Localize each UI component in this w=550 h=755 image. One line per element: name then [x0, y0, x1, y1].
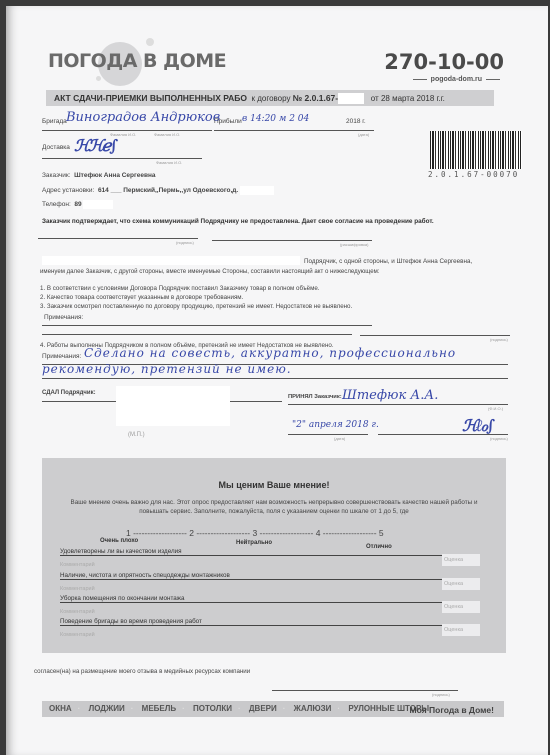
signature-caption: (подпись) [432, 692, 450, 697]
footer-slogan: Моя Погода в Доме! [410, 702, 494, 718]
score-field[interactable]: Оценка [442, 601, 480, 613]
decode-caption: (расшифровка) [340, 242, 368, 247]
address-value: 614 ___ Пермский,,Пермь,,ул Одоевского,д… [98, 187, 238, 194]
brigade-signature: Виноградов Андрюков [66, 110, 220, 125]
comment-field[interactable]: Комментарий [60, 586, 95, 592]
customer-accepted-label: ПРИНЯЛ Заказчик: [288, 394, 342, 400]
address-label: Адрес установки: [42, 187, 94, 194]
media-consent-text: согласен(на) на размещение моего отзыва … [34, 668, 250, 675]
footer-bar: ОКНА· ЛОДЖИИ· МЕБЕЛЬ· ПОТОЛКИ· ДВЕРИ· ЖА… [42, 701, 504, 717]
fio-caption: (Ф.И.О.) [488, 406, 503, 411]
clause-item: 3. Заказчик осмотрел поставленную по дог… [40, 302, 352, 311]
signature-caption: (подпись) [490, 436, 508, 441]
contractor-label: СДАЛ Подрядчик: [42, 390, 96, 396]
clause-item: 2. Качество товара соответствует указанн… [40, 293, 352, 302]
barcode-number: 2.0.1.67-00070 [428, 170, 519, 179]
signature-caption: (подпись) [490, 337, 508, 342]
acceptance-date: "2" апреля 2018 г. [292, 420, 379, 430]
footer-link-okna[interactable]: ОКНА [49, 704, 72, 713]
customer-initial-signature: ℋℓℴ∫ [462, 416, 493, 436]
clauses-list: 1. В соответствии с условиями Договора П… [40, 284, 352, 311]
logo-text: ПОГОДА В ДОМЕ [48, 50, 226, 72]
customer-signature: Штефюк А.А. [342, 388, 438, 403]
contract-prefix: к договору [251, 94, 290, 103]
company-website: pogoda-dom.ru [409, 76, 504, 83]
feedback-survey: Мы ценим Ваше мнение! Ваше мнение очень … [42, 458, 506, 653]
date-caption: (дата) [358, 132, 369, 137]
phone-label: Телефон: [42, 201, 71, 208]
customer-name: Штефюк Анна Сергеевна [74, 172, 155, 179]
survey-question: Поведение бригады во время проведения ра… [60, 618, 442, 626]
survey-intro: Ваше мнение очень важно для нас. Этот оп… [62, 498, 486, 516]
name-caption: Фамилия И.О. [156, 160, 182, 165]
redacted-block [83, 200, 113, 209]
address-row: Адрес установки: 614 ___ Пермский,,Пермь… [42, 186, 274, 195]
scale-low-label: Очень плохо [100, 538, 138, 544]
contract-number: № 2.0.1.67- [293, 93, 338, 103]
score-field[interactable]: Оценка [442, 624, 480, 636]
comment-field[interactable]: Комментарий [60, 632, 95, 638]
footer-link-lodzhii[interactable]: ЛОДЖИИ [89, 704, 125, 713]
footer-nav: ОКНА· ЛОДЖИИ· МЕБЕЛЬ· ПОТОЛКИ· ДВЕРИ· ЖА… [42, 704, 432, 713]
redacted-block [42, 256, 300, 265]
footer-link-dveri[interactable]: ДВЕРИ [249, 704, 277, 713]
logo-dot-icon [96, 76, 101, 81]
comment-field[interactable]: Комментарий [60, 609, 95, 615]
logo-dot-icon [146, 38, 154, 46]
clause-item: 1. В соответствии с условиями Договора П… [40, 284, 352, 293]
customer-label: Заказчик: [42, 172, 71, 179]
score-field[interactable]: Оценка [442, 554, 480, 566]
score-field[interactable]: Оценка [442, 578, 480, 590]
delivery-signature: ℋℋℯ∫ [74, 136, 116, 155]
contract-date: от 28 марта 2018 г.г. [371, 94, 445, 103]
company-logo: ПОГОДА В ДОМЕ [48, 50, 226, 72]
notes-label: Примечания: [42, 353, 81, 360]
barcode [430, 131, 522, 169]
handwritten-note-line-1: Сделано на совесть, аккуратно, профессио… [84, 346, 456, 360]
redacted-block [116, 386, 230, 426]
survey-question: Уборка помещения по окончании монтажа [60, 595, 442, 603]
footer-link-zhalyuzi[interactable]: ЖАЛЮЗИ [294, 704, 332, 713]
phone-row: Телефон: 89 [42, 200, 113, 209]
footer-link-potolki[interactable]: ПОТОЛКИ [193, 704, 232, 713]
notes-label: Примечания: [44, 314, 83, 321]
parties-line-1: Подрядчик, с одной стороны, и Штефюк Анн… [304, 258, 472, 265]
act-title-bar: АКТ СДАЧИ-ПРИЕМКИ ВЫПОЛНЕННЫХ РАБО к дог… [46, 90, 494, 106]
survey-question: Наличие, чистота и опрятность спецодежды… [60, 572, 442, 580]
arrived-value: в 14:20 м 2 04 [242, 114, 309, 124]
stamp-caption: (М.П.) [128, 432, 145, 438]
parties-line-2: именуем далее Заказчик, с другой стороны… [40, 268, 380, 275]
scale-mid-label: Нейтрально [236, 540, 272, 546]
redacted-block [338, 93, 364, 104]
document-page: ПОГОДА В ДОМЕ 270-10-00 pogoda-dom.ru АК… [6, 6, 548, 755]
delivery-label: Доставка [42, 144, 70, 151]
rating-scale: 1 ------------------- 2 ----------------… [126, 528, 384, 538]
handwritten-note-line-2: рекомендую, претензий не имею. [42, 362, 292, 376]
survey-question: Удовлетворены ли вы качеством изделия [60, 548, 442, 556]
arrived-label: Прибыли [214, 118, 242, 125]
company-phone: 270-10-00 [384, 50, 504, 74]
redacted-block [240, 186, 274, 195]
phone-value: 89 [74, 201, 81, 208]
survey-title: Мы ценим Ваше мнение! [42, 480, 506, 490]
arrived-year: 2018 г. [346, 118, 366, 125]
act-title: АКТ СДАЧИ-ПРИЕМКИ ВЫПОЛНЕННЫХ РАБО [54, 93, 247, 103]
footer-link-mebel[interactable]: МЕБЕЛЬ [142, 704, 176, 713]
signature-caption: (подпись) [176, 240, 194, 245]
customer-row: Заказчик: Штефюк Анна Сергеевна [42, 172, 156, 179]
brigade-label: Бригада [42, 118, 67, 125]
name-caption: Фамилия И.О. [154, 132, 180, 137]
comment-field[interactable]: Комментарий [60, 562, 95, 568]
consent-text: Заказчик подтверждает, что схема коммуни… [42, 218, 434, 225]
date-caption: (дата) [334, 436, 345, 441]
